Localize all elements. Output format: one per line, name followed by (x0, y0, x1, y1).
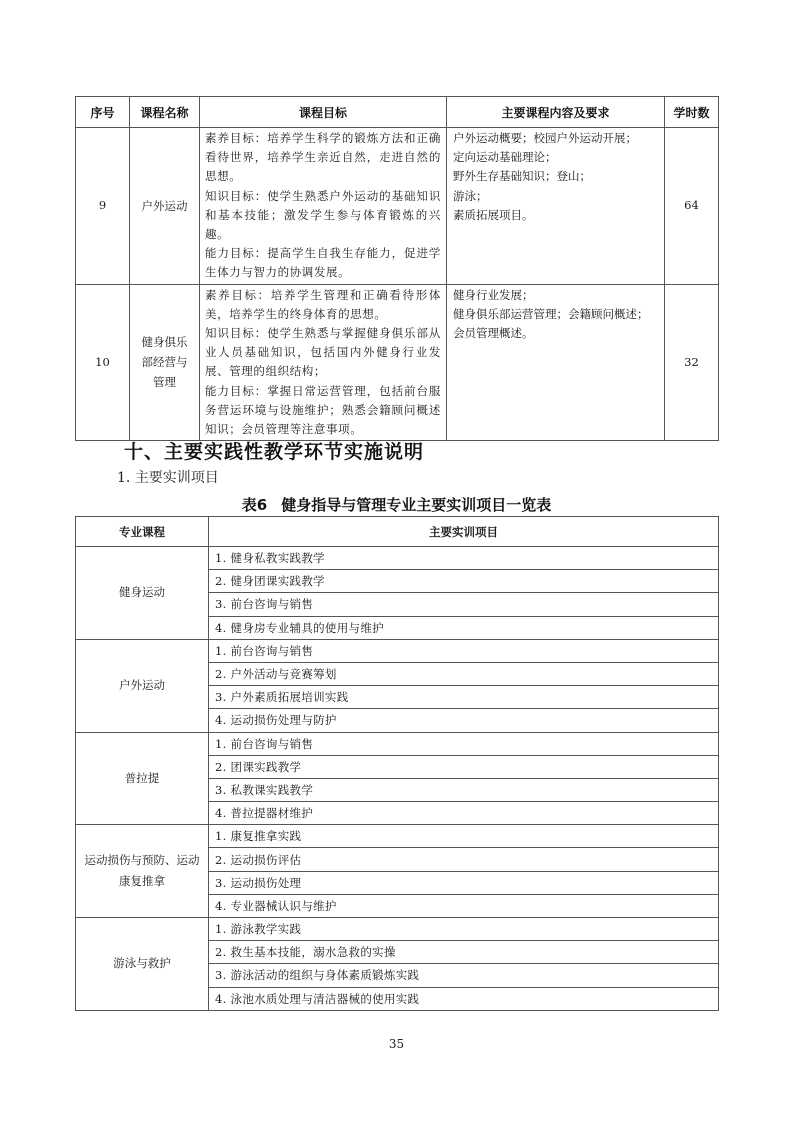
row-number: 10 (76, 284, 130, 441)
goal-ability: 能力目标：提高学生自我生存能力，促进学生体力与智力的协调发展。 (205, 244, 441, 282)
training-item: 3. 游泳活动的组织与身体素质锻炼实践 (209, 964, 719, 987)
course-content: 户外运动概要；校园户外运动开展； 定向运动基础理论； 野外生存基础知识；登山； … (447, 128, 665, 285)
table-row: 健身运动 1. 健身私教实践教学 (76, 547, 719, 570)
course-content: 健身行业发展； 健身俱乐部运营管理；会籍顾问概述； 会员管理概述。 (447, 284, 665, 441)
major-course: 户外运动 (76, 639, 209, 732)
header-course-goals: 课程目标 (200, 97, 447, 128)
section-heading: 十、主要实践性教学环节实施说明 (124, 437, 424, 464)
content-line: 户外运动概要；校园户外运动开展； (453, 129, 658, 148)
major-course: 运动损伤与预防、运动康复推拿 (76, 825, 209, 918)
training-item: 3. 运动损伤处理 (209, 871, 719, 894)
table-caption: 表6健身指导与管理专业主要实训项目一览表 (0, 494, 793, 515)
course-goals: 素养目标：培养学生管理和正确看待形体美，培养学生的终身体育的思想。 知识目标：使… (200, 284, 447, 441)
content-line: 游泳； (453, 187, 658, 206)
training-item: 1. 康复推拿实践 (209, 825, 719, 848)
header-major-course: 专业课程 (76, 517, 209, 547)
training-item: 4. 泳池水质处理与清洁器械的使用实践 (209, 987, 719, 1010)
goal-knowledge: 知识目标：使学生熟悉与掌握健身俱乐部从业人员基础知识，包括国内外健身行业发展、管… (205, 324, 441, 382)
header-no: 序号 (76, 97, 130, 128)
table-row: 10 健身俱乐部经营与管理 素养目标：培养学生管理和正确看待形体美，培养学生的终… (76, 284, 719, 441)
content-line: 定向运动基础理论； (453, 148, 658, 167)
goal-quality: 素养目标：培养学生科学的锻炼方法和正确看待世界，培养学生亲近自然，走进自然的思想… (205, 129, 441, 187)
content-line: 会员管理概述。 (453, 324, 658, 343)
course-name: 户外运动 (130, 128, 200, 285)
table-row: 户外运动 1. 前台咨询与销售 (76, 639, 719, 662)
training-item: 4. 健身房专业辅具的使用与维护 (209, 616, 719, 639)
training-item: 1. 健身私教实践教学 (209, 547, 719, 570)
table-row: 9 户外运动 素养目标：培养学生科学的锻炼方法和正确看待世界，培养学生亲近自然，… (76, 128, 719, 285)
training-item: 3. 私教课实践教学 (209, 778, 719, 801)
training-item: 3. 户外素质拓展培训实践 (209, 686, 719, 709)
training-item: 2. 运动损伤评估 (209, 848, 719, 871)
table-row: 普拉提 1. 前台咨询与销售 (76, 732, 719, 755)
training-item: 2. 户外活动与竞赛筹划 (209, 662, 719, 685)
document-page: 序号 课程名称 课程目标 主要课程内容及要求 学时数 9 户外运动 素养目标：培… (0, 0, 793, 1122)
major-course: 健身运动 (76, 547, 209, 640)
row-number: 9 (76, 128, 130, 285)
table-caption-title: 健身指导与管理专业主要实训项目一览表 (281, 496, 551, 514)
content-line: 野外生存基础知识；登山； (453, 167, 658, 186)
course-goals: 素养目标：培养学生科学的锻炼方法和正确看待世界，培养学生亲近自然，走进自然的思想… (200, 128, 447, 285)
major-course: 游泳与救护 (76, 918, 209, 1011)
header-hours: 学时数 (665, 97, 719, 128)
header-course-name: 课程名称 (130, 97, 200, 128)
training-item: 1. 前台咨询与销售 (209, 639, 719, 662)
training-item: 2. 团课实践教学 (209, 755, 719, 778)
content-line: 健身俱乐部运营管理；会籍顾问概述； (453, 305, 658, 324)
header-training-items: 主要实训项目 (209, 517, 719, 547)
training-table-header-row: 专业课程 主要实训项目 (76, 517, 719, 547)
goal-knowledge: 知识目标：使学生熟悉户外运动的基础知识和基本技能；激发学生参与体育锻炼的兴趣。 (205, 187, 441, 245)
training-item: 3. 前台咨询与销售 (209, 593, 719, 616)
table-row: 游泳与救护 1. 游泳教学实践 (76, 918, 719, 941)
course-name: 健身俱乐部经营与管理 (130, 284, 200, 441)
training-item: 1. 游泳教学实践 (209, 918, 719, 941)
table-caption-number: 表6 (242, 496, 267, 514)
course-table-header-row: 序号 课程名称 课程目标 主要课程内容及要求 学时数 (76, 97, 719, 128)
content-line: 素质拓展项目。 (453, 206, 658, 225)
course-table: 序号 课程名称 课程目标 主要课程内容及要求 学时数 9 户外运动 素养目标：培… (75, 96, 719, 441)
course-hours: 32 (665, 284, 719, 441)
header-course-content: 主要课程内容及要求 (447, 97, 665, 128)
sub-heading: 1. 主要实训项目 (117, 467, 219, 487)
goal-ability: 能力目标：掌握日常运营管理，包括前台服务营运环境与设施维护；熟悉会籍顾问概述知识… (205, 382, 441, 440)
page-number: 35 (0, 1037, 793, 1051)
training-item: 1. 前台咨询与销售 (209, 732, 719, 755)
training-item: 2. 健身团课实践教学 (209, 570, 719, 593)
course-hours: 64 (665, 128, 719, 285)
training-item: 4. 专业器械认识与维护 (209, 894, 719, 917)
major-course: 普拉提 (76, 732, 209, 825)
content-line: 健身行业发展； (453, 286, 658, 305)
training-item: 4. 普拉提器材维护 (209, 802, 719, 825)
goal-quality: 素养目标：培养学生管理和正确看待形体美，培养学生的终身体育的思想。 (205, 286, 441, 324)
training-item: 2. 救生基本技能，溺水急救的实操 (209, 941, 719, 964)
training-item: 4. 运动损伤处理与防护 (209, 709, 719, 732)
training-table: 专业课程 主要实训项目 健身运动 1. 健身私教实践教学 2. 健身团课实践教学… (75, 516, 719, 1011)
table-row: 运动损伤与预防、运动康复推拿 1. 康复推拿实践 (76, 825, 719, 848)
